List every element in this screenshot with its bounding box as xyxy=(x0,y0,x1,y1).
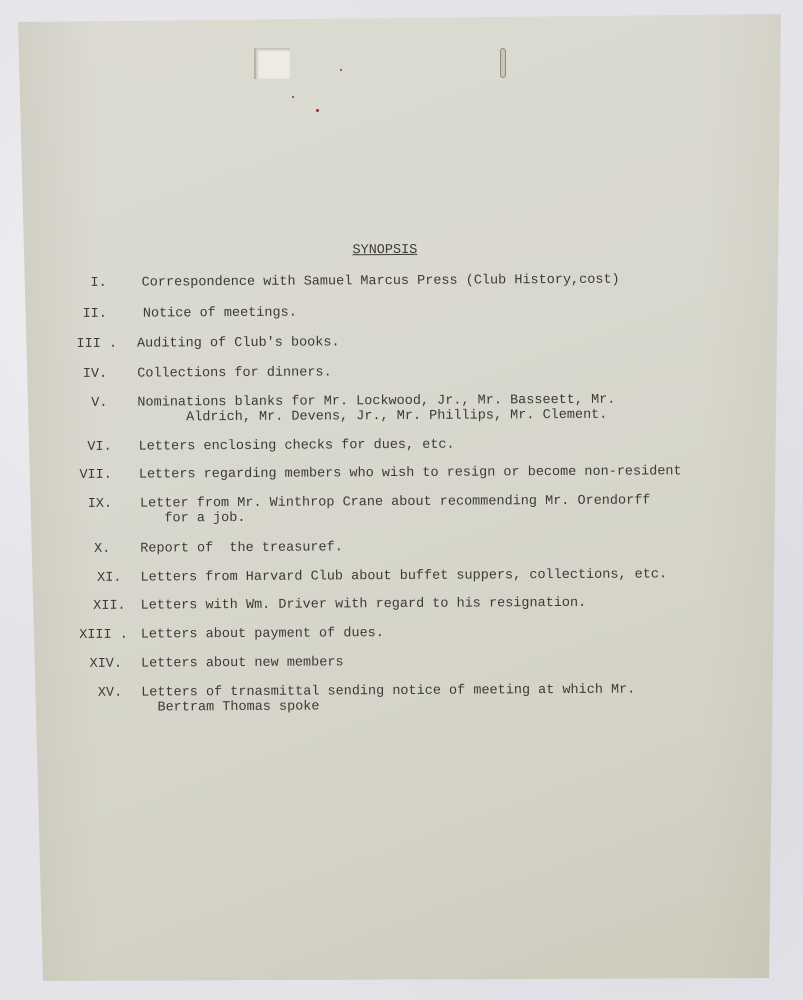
item-numeral: XV. xyxy=(62,686,122,701)
item-numeral: X. xyxy=(50,542,110,557)
item-text-line: Auditing of Club's books. xyxy=(137,335,340,351)
item-numeral: VII. xyxy=(52,468,112,483)
item-text-line: Correspondence with Samuel Marcus Press … xyxy=(142,273,620,291)
item-text-line: Report of the treasuref. xyxy=(140,540,343,556)
synopsis-list: I.Correspondence with Samuel Marcus Pres… xyxy=(0,0,800,2)
item-numeral: II. xyxy=(47,307,107,322)
item-numeral: IV. xyxy=(47,367,107,382)
item-numeral: III . xyxy=(57,337,117,352)
item-text-line: Letters about payment of dues. xyxy=(141,626,384,642)
item-text-line: Bertram Thomas spoke xyxy=(141,699,319,715)
item-numeral: VI. xyxy=(52,440,112,455)
item-text-line: Letter from Mr. Winthrop Crane about rec… xyxy=(140,493,650,511)
item-text-line: Aldrich, Mr. Devens, Jr., Mr. Phillips, … xyxy=(137,408,607,426)
item-numeral: XIV. xyxy=(62,657,122,672)
item-numeral: XIII . xyxy=(68,628,128,643)
item-numeral: XI. xyxy=(61,571,121,586)
item-numeral: V. xyxy=(47,396,107,411)
item-text-line: Notice of meetings. xyxy=(143,306,297,322)
item-text-line: Letters from Harvard Club about buffet s… xyxy=(140,567,667,585)
typed-document: SYNOPSIS I.Correspondence with Samuel Ma… xyxy=(0,0,803,1000)
item-numeral: I. xyxy=(47,276,107,291)
item-text-line: Letters of trnasmittal sending notice of… xyxy=(141,683,635,701)
item-numeral: IX. xyxy=(52,497,112,512)
item-text-line: Letters with Wm. Driver with regard to h… xyxy=(141,596,587,614)
item-text-line: Collections for dinners. xyxy=(137,365,332,381)
document-title: SYNOPSIS xyxy=(352,243,417,258)
item-text-line: for a job. xyxy=(140,511,245,527)
item-text-line: Letters about new members xyxy=(141,655,344,671)
item-text-line: Letters enclosing checks for dues, etc. xyxy=(139,438,455,455)
item-text-line: Letters regarding members who wish to re… xyxy=(139,464,682,482)
item-numeral: XII. xyxy=(66,599,126,614)
